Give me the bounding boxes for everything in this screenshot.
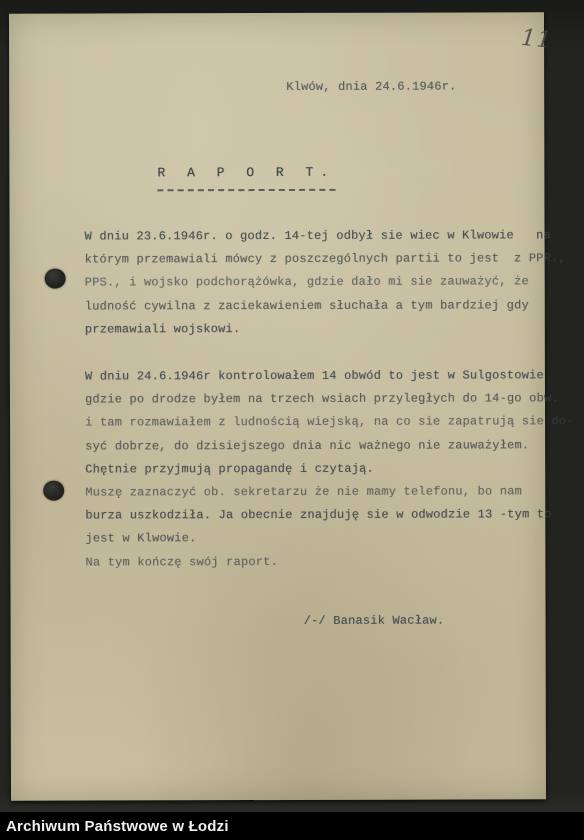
scanned-document: 11 Klwów, dnia 24.6.1946r. R A P O R T. … — [0, 0, 584, 840]
text-line: Chętnie przyjmują propagandę i czytają. — [85, 457, 505, 481]
text-line: i tam rozmawiałem z ludnością wiejską, n… — [85, 411, 505, 435]
text-line: Muszę zaznaczyć ob. sekretarzu że nie ma… — [85, 480, 505, 504]
punch-hole-top — [45, 269, 66, 289]
title-underline — [157, 189, 335, 191]
archive-footer-bar: Archiwum Państwowe w Łodzi — [0, 812, 584, 840]
text-line: jest w Klwowie. — [85, 527, 505, 551]
archive-name-label: Archiwum Państwowe w Łodzi — [0, 818, 229, 835]
dateline: Klwów, dnia 24.6.1946r. — [286, 76, 456, 100]
document-page: 11 Klwów, dnia 24.6.1946r. R A P O R T. … — [9, 12, 546, 800]
text-line: gdzie po drodze byłem na trzech wsiach p… — [85, 388, 505, 412]
text-line: burza uszkodziła. Ja obecnie znajduję si… — [85, 504, 505, 528]
handwritten-page-number: 11 — [520, 25, 554, 54]
signature-line: /-/ Banasik Wacław. — [304, 610, 445, 634]
punch-hole-bottom — [43, 481, 64, 501]
text-line: syć dobrze, do dzisiejszego dnia nic waż… — [85, 434, 505, 458]
text-line: przemawiali wojskowi. — [85, 317, 505, 341]
text-line: W dniu 23.6.1946r. o godz. 14-tej odbył … — [85, 224, 505, 248]
report-title: R A P O R T. — [157, 165, 335, 180]
paragraph-1: W dniu 23.6.1946r. o godz. 14-tej odbył … — [85, 224, 505, 341]
text-line: ludność cywilna z zaciekawieniem słuchał… — [85, 294, 505, 318]
text-line: którym przemawiali mówcy z poszczególnyc… — [85, 248, 505, 272]
text-line: PPS., i wojsko podchorążówka, gdzie dało… — [85, 271, 505, 295]
paragraph-2: W dniu 24.6.1946r kontrolowałem 14 obwód… — [85, 364, 506, 574]
text-line: W dniu 24.6.1946r kontrolowałem 14 obwód… — [85, 364, 505, 388]
text-line: Na tym kończę swój raport. — [85, 550, 505, 574]
